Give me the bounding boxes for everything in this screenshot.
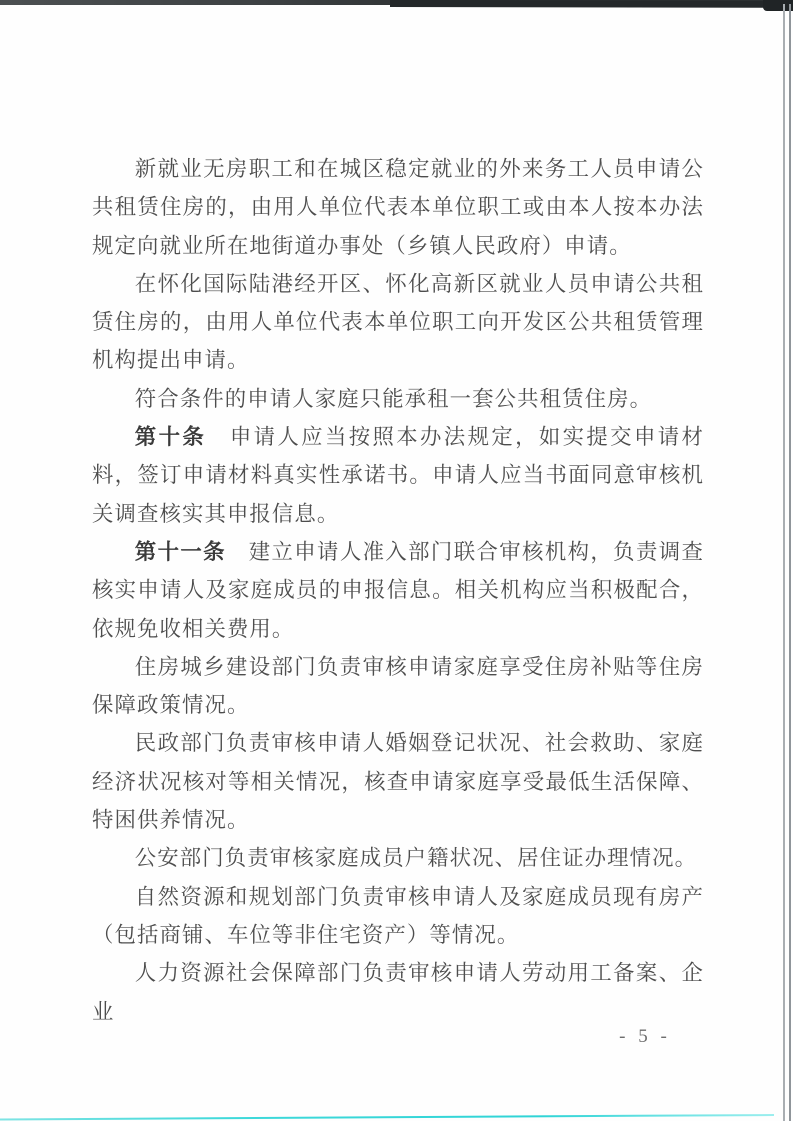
article-number: 第十条 [135, 425, 206, 449]
paragraph: 第十条 申请人应当按照本办法规定，如实提交申请材料，签订申请材料真实性承诺书。申… [92, 418, 704, 533]
paragraph: 民政部门负责审核申请人婚姻登记状况、社会救助、家庭经济状况核对等相关情况，核查申… [92, 724, 704, 839]
article-number: 第十一条 [135, 540, 226, 564]
right-scan-line-outer [789, 4, 791, 1121]
paragraph: 公安部门负责审核家庭成员户籍状况、居住证办理情况。 [92, 839, 704, 877]
paragraph-text: 自然资源和规划部门负责审核申请人及家庭成员现有房产（包括商铺、车位等非住宅资产）… [92, 885, 704, 947]
bottom-scan-line [0, 1114, 774, 1120]
paragraph: 符合条件的申请人家庭只能承租一套公共租赁住房。 [92, 380, 704, 418]
scanned-document-page: 新就业无房职工和在城区稳定就业的外来务工人员申请公共租赁住房的，由用人单位代表本… [0, 0, 793, 1121]
paragraph-text: 人力资源社会保障部门负责审核申请人劳动用工备案、企业 [92, 961, 704, 1023]
page-number: - 5 - [605, 1026, 685, 1048]
paragraph-text: 新就业无房职工和在城区稳定就业的外来务工人员申请公共租赁住房的，由用人单位代表本… [92, 157, 704, 258]
paragraph-text: 民政部门负责审核申请人婚姻登记状况、社会救助、家庭经济状况核对等相关情况，核查申… [92, 731, 704, 832]
paragraph: 人力资源社会保障部门负责审核申请人劳动用工备案、企业 [92, 954, 704, 1031]
top-scan-edge-right [390, 0, 793, 8]
paragraph: 自然资源和规划部门负责审核申请人及家庭成员现有房产（包括商铺、车位等非住宅资产）… [92, 878, 704, 955]
document-body: 新就业无房职工和在城区稳定就业的外来务工人员申请公共租赁住房的，由用人单位代表本… [92, 150, 704, 1031]
paragraph: 第十一条 建立申请人准入部门联合审核机构，负责调查核实申请人及家庭成员的申报信息… [92, 533, 704, 648]
paragraph-text: 在怀化国际陆港经开区、怀化高新区就业人员申请公共租赁住房的，由用人单位代表本单位… [92, 272, 704, 373]
paragraph-text: 公安部门负责审核家庭成员户籍状况、居住证办理情况。 [135, 846, 697, 870]
paragraph-text: 符合条件的申请人家庭只能承租一套公共租赁住房。 [135, 387, 652, 411]
right-scan-line-inner [783, 4, 785, 1121]
paragraph-text: 住房城乡建设部门负责审核申请家庭享受住房补贴等住房保障政策情况。 [92, 655, 704, 717]
paragraph: 新就业无房职工和在城区稳定就业的外来务工人员申请公共租赁住房的，由用人单位代表本… [92, 150, 704, 265]
paragraph: 在怀化国际陆港经开区、怀化高新区就业人员申请公共租赁住房的，由用人单位代表本单位… [92, 265, 704, 380]
paragraph: 住房城乡建设部门负责审核申请家庭享受住房补贴等住房保障政策情况。 [92, 648, 704, 725]
